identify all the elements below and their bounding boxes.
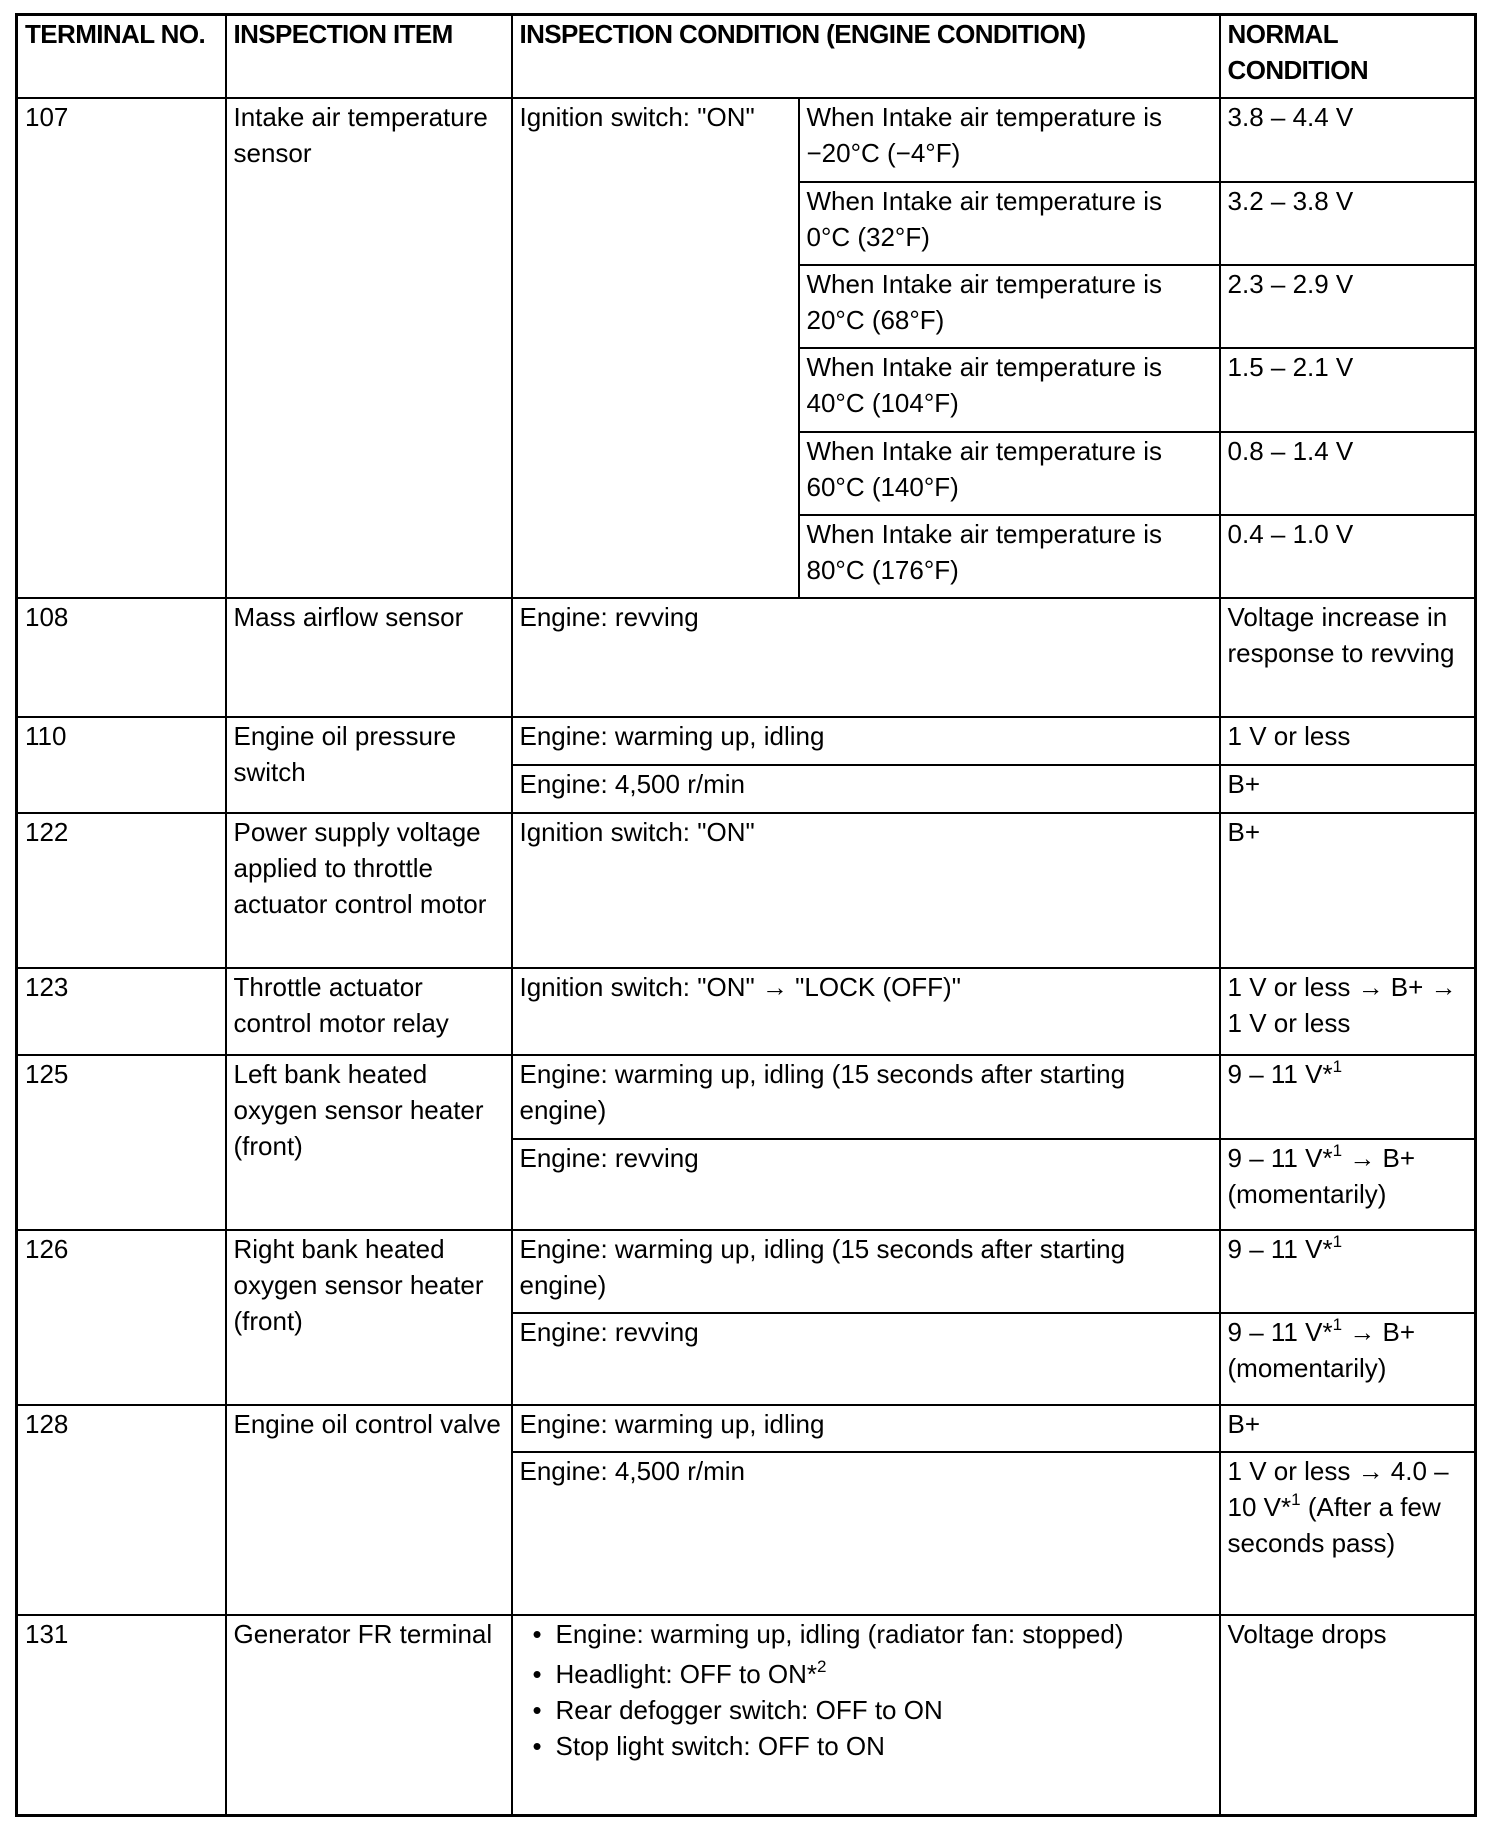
table-row: 126Right bank heated oxygen sensor heate… [17,1230,1476,1313]
terminal-number-cell: 122 [17,813,226,968]
text-run: B+ [1228,1409,1261,1439]
inspection-item-cell: Engine oil pressure switch [226,717,512,813]
text-run: Engine: warming up, idling (radiator fan… [556,1619,1124,1649]
text-run: Engine: revving [520,1143,699,1173]
text-run: When Intake air temperature is 20°C (68°… [807,269,1163,335]
normal-condition-cell: 1 V or less [1220,717,1476,765]
text-run: Stop light switch: OFF to ON [556,1731,885,1761]
text-run: Rear defogger switch: OFF to ON [556,1695,943,1725]
footnote-marker: 2 [817,1657,826,1676]
normal-condition-cell: 3.2 – 3.8 V [1220,182,1476,265]
text-run: 9 – 11 V* [1228,1059,1333,1089]
header-row: TERMINAL NO. INSPECTION ITEM INSPECTION … [17,15,1476,98]
inspection-condition-cell: Engine: warming up, idling (15 seconds a… [512,1230,1220,1313]
text-run: Voltage drops [1228,1619,1387,1649]
text-run: Engine: warming up, idling (15 seconds a… [520,1059,1126,1125]
normal-condition-cell: B+ [1220,765,1476,813]
terminal-number-cell: 126 [17,1230,226,1405]
inspection-condition-cell: When Intake air temperature is 20°C (68°… [799,265,1220,348]
text-run: When Intake air temperature is 80°C (176… [807,519,1163,585]
inspection-condition-cell: Engine: warming up, idling [512,1405,1220,1452]
inspection-condition-cell: Engine: warming up, idling (15 seconds a… [512,1055,1220,1139]
normal-condition-cell: Voltage increase in response to revving [1220,598,1476,717]
normal-condition-cell: 9 – 11 V*1 [1220,1230,1476,1313]
inspection-condition-cell: When Intake air temperature is 40°C (104… [799,348,1220,432]
inspection-condition-cell: When Intake air temperature is 0°C (32°F… [799,182,1220,265]
inspection-condition-cell: Ignition switch: "ON" → "LOCK (OFF)" [512,968,1220,1055]
inspection-item-cell: Throttle actuator control motor relay [226,968,512,1055]
text-run: B+ [1228,769,1261,799]
condition-bullet-item: Rear defogger switch: OFF to ON [520,1692,1213,1728]
text-run: 2.3 – 2.9 V [1228,269,1354,299]
inspection-condition-cell: When Intake air temperature is −20°C (−4… [799,98,1220,182]
condition-bullet-item: Engine: warming up, idling (radiator fan… [520,1616,1213,1652]
normal-condition-cell: 0.8 – 1.4 V [1220,432,1476,515]
table-row: 108Mass airflow sensorEngine: revvingVol… [17,598,1476,717]
inspection-condition-cell: When Intake air temperature is 80°C (176… [799,515,1220,598]
footnote-marker: 1 [1291,1490,1300,1509]
normal-condition-cell: Voltage drops [1220,1615,1476,1816]
inspection-item-cell: Left bank heated oxygen sensor heater (f… [226,1055,512,1230]
inspection-condition-cell: Engine: 4,500 r/min [512,765,1220,813]
normal-condition-cell: 3.8 – 4.4 V [1220,98,1476,182]
normal-condition-cell: B+ [1220,1405,1476,1452]
inspection-item-cell: Generator FR terminal [226,1615,512,1816]
text-run: Engine: revving [520,1317,699,1347]
inspection-condition-cell: Engine: revving [512,1313,1220,1405]
inspection-condition-cell: When Intake air temperature is 60°C (140… [799,432,1220,515]
inspection-item-cell: Power supply voltage applied to throttle… [226,813,512,968]
table-row: 107Intake air temperature sensorIgnition… [17,98,1476,182]
text-run: 9 – 11 V* [1228,1143,1333,1173]
text-run: 1.5 – 2.1 V [1228,352,1354,382]
text-run: 1 V or less → B+ → 1 V or less [1228,972,1457,1038]
condition-bullet-list: Engine: warming up, idling (radiator fan… [520,1616,1213,1764]
condition-bullet-item: Stop light switch: OFF to ON [520,1728,1213,1764]
text-run: Engine: warming up, idling [520,1409,825,1439]
inspection-condition-cell: Engine: 4,500 r/min [512,1452,1220,1615]
footnote-marker: 1 [1333,1232,1342,1251]
normal-condition-cell: 0.4 – 1.0 V [1220,515,1476,598]
table-row: 123Throttle actuator control motor relay… [17,968,1476,1055]
normal-condition-cell: 1.5 – 2.1 V [1220,348,1476,432]
text-run: When Intake air temperature is −20°C (−4… [807,102,1163,168]
normal-condition-cell: 1 V or less → B+ → 1 V or less [1220,968,1476,1055]
text-run: Voltage increase in response to revving [1228,602,1455,668]
text-run: Engine: revving [520,602,699,632]
text-run: When Intake air temperature is 0°C (32°F… [807,186,1163,252]
text-run: B+ [1228,817,1261,847]
terminal-number-cell: 125 [17,1055,226,1230]
text-run: Engine: 4,500 r/min [520,1456,745,1486]
text-run: 3.2 – 3.8 V [1228,186,1354,216]
text-run: 1 V or less [1228,721,1351,751]
inspection-item-cell: Engine oil control valve [226,1405,512,1615]
condition-group-cell: Ignition switch: "ON" [512,98,799,598]
header-terminal-no: TERMINAL NO. [17,15,226,98]
inspection-item-cell: Mass airflow sensor [226,598,512,717]
normal-condition-cell: 1 V or less → 4.0 – 10 V*1 (After a few … [1220,1452,1476,1615]
terminal-inspection-table: TERMINAL NO. INSPECTION ITEM INSPECTION … [15,13,1477,1817]
normal-condition-cell: B+ [1220,813,1476,968]
footnote-marker: 1 [1333,1141,1342,1160]
text-run: When Intake air temperature is 40°C (104… [807,352,1163,418]
inspection-item-cell: Intake air temperature sensor [226,98,512,598]
terminal-number-cell: 107 [17,98,226,598]
text-run: 3.8 – 4.4 V [1228,102,1354,132]
table-body: 107Intake air temperature sensorIgnition… [17,98,1476,1816]
inspection-condition-cell: Ignition switch: "ON" [512,813,1220,968]
text-run: Headlight: OFF to ON* [556,1659,818,1689]
normal-condition-cell: 2.3 – 2.9 V [1220,265,1476,348]
normal-condition-cell: 9 – 11 V*1 [1220,1055,1476,1139]
text-run: Engine: warming up, idling [520,721,825,751]
text-run: 0.4 – 1.0 V [1228,519,1354,549]
text-run: When Intake air temperature is 60°C (140… [807,436,1163,502]
text-run: Ignition switch: "ON" → "LOCK (OFF)" [520,972,961,1002]
inspection-condition-cell: Engine: warming up, idling [512,717,1220,765]
text-run: 9 – 11 V* [1228,1234,1333,1264]
inspection-condition-cell: Engine: revving [512,598,1220,717]
table-row: 131Generator FR terminalEngine: warming … [17,1615,1476,1816]
text-run: 9 – 11 V* [1228,1317,1333,1347]
inspection-item-cell: Right bank heated oxygen sensor heater (… [226,1230,512,1405]
terminal-number-cell: 128 [17,1405,226,1615]
text-run: Ignition switch: "ON" [520,817,755,847]
terminal-number-cell: 108 [17,598,226,717]
terminal-number-cell: 131 [17,1615,226,1816]
header-normal-condition: NORMAL CONDITION [1220,15,1476,98]
header-inspection-condition: INSPECTION CONDITION (ENGINE CONDITION) [512,15,1220,98]
table-row: 125Left bank heated oxygen sensor heater… [17,1055,1476,1139]
header-inspection-item: INSPECTION ITEM [226,15,512,98]
inspection-condition-cell: Engine: revving [512,1139,1220,1230]
footnote-marker: 1 [1333,1057,1342,1076]
inspection-condition-cell: Engine: warming up, idling (radiator fan… [512,1615,1220,1816]
table-row: 128Engine oil control valveEngine: warmi… [17,1405,1476,1452]
text-run: Engine: 4,500 r/min [520,769,745,799]
text-run: Engine: warming up, idling (15 seconds a… [520,1234,1126,1300]
normal-condition-cell: 9 – 11 V*1 → B+ (momentarily) [1220,1313,1476,1405]
footnote-marker: 1 [1333,1315,1342,1334]
terminal-number-cell: 110 [17,717,226,813]
table-row: 122Power supply voltage applied to throt… [17,813,1476,968]
table-row: 110Engine oil pressure switchEngine: war… [17,717,1476,765]
terminal-number-cell: 123 [17,968,226,1055]
text-run: 0.8 – 1.4 V [1228,436,1354,466]
condition-bullet-item: Headlight: OFF to ON*2 [520,1656,1213,1692]
normal-condition-cell: 9 – 11 V*1 → B+ (momentarily) [1220,1139,1476,1230]
